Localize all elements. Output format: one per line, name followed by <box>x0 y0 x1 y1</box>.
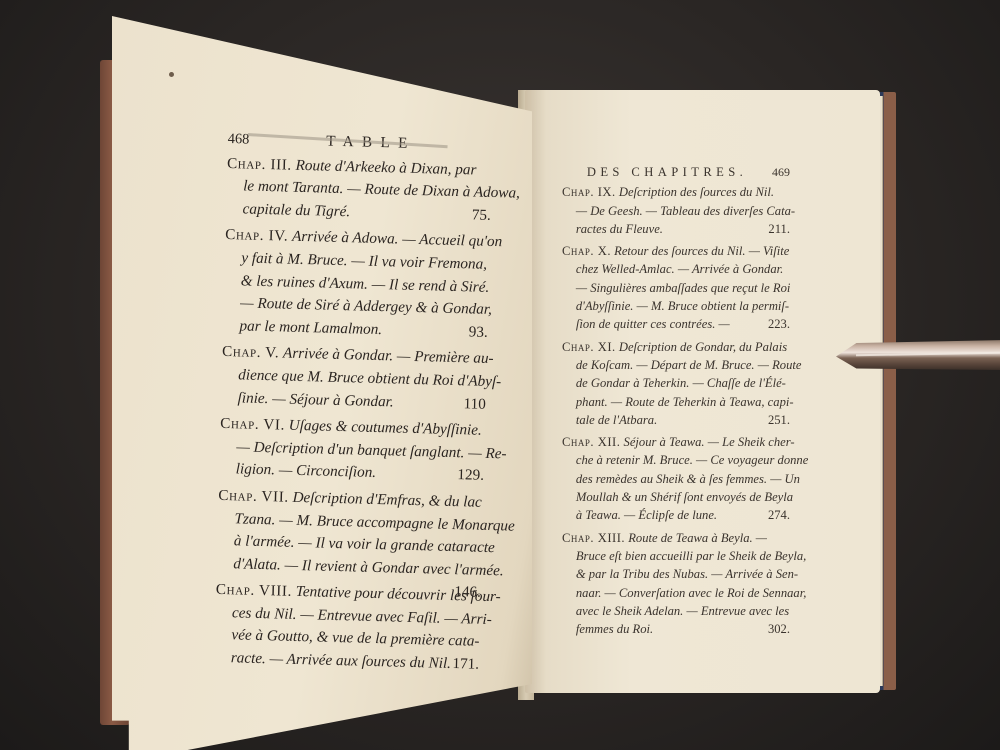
chapter-description: Deſcription des ſources du Nil. <box>619 185 774 199</box>
toc-line: che à retenir M. Bruce. — Ce voyageur do… <box>562 451 790 469</box>
toc-line: phant. — Route de Teherkin à Teawa, capi… <box>562 393 790 411</box>
chapter-description: che à retenir M. Bruce. — Ce voyageur do… <box>576 453 808 467</box>
chapter-description: chez Welled-Amlac. — Arrivée à Gondar. <box>576 262 783 276</box>
chapter-description: de Koſcam. — Départ de M. Bruce. — Route <box>576 358 802 372</box>
right-toc-entries: Chap. IX. Deſcription des ſources du Nil… <box>562 183 790 638</box>
chapter-description: & les ruines d'Axum. — Il se rend à Siré… <box>241 272 490 296</box>
toc-line: — Singulières ambaſſades que reçut le Ro… <box>562 279 790 297</box>
chapter-description: Deſcription d'Emfras, & du lac <box>292 489 482 511</box>
toc-line: avec le Sheik Adelan. — Entrevue avec le… <box>562 602 790 620</box>
chapter-description: ractes du Fleuve. <box>576 222 663 236</box>
chapter-label: Chap. III. <box>227 155 292 174</box>
chapter-description: des remèdes au Sheik & à ſes femmes. — U… <box>576 472 800 486</box>
chapter-description: Route d'Arkeeko à Dixan, par <box>295 156 476 178</box>
chapter-description: ces du Nil. — Entrevue avec Faſil. — Arr… <box>232 604 492 628</box>
left-page-text: 468 TABLE Chap. III. Route d'Arkeeko à D… <box>214 128 493 680</box>
chapter-description: & par la Tribu des Nubas. — Arrivée à Se… <box>576 567 798 581</box>
page-reference: 302. <box>768 620 790 638</box>
chapter-description: racte. — Arrivée aux ſources du Nil. <box>231 649 452 672</box>
toc-entry: Chap. XIII. Route de Teawa à Beyla. —Bru… <box>562 529 790 639</box>
chapter-description: y fait à M. Bruce. — Il va voir Fremona, <box>241 249 487 272</box>
chapter-description: Deſcription de Gondar, du Palais <box>619 340 787 354</box>
toc-line: Chap. IX. Deſcription des ſources du Nil… <box>562 183 790 201</box>
page-reference: 274. <box>768 506 790 524</box>
chapter-description: — Route de Siré à Addergey & à Gondar, <box>240 295 492 319</box>
chapter-label: Chap. IX. <box>562 185 616 199</box>
chapter-description: Arrivée à Adowa. — Accueil qu'on <box>292 228 503 250</box>
toc-entry: Chap. VIII. Tentative pour découvrir les… <box>214 579 481 676</box>
chapter-description: à l'armée. — Il va voir la grande catara… <box>234 532 495 556</box>
chapter-description: ligion. — Circonciſion. <box>236 461 377 482</box>
paper-spot <box>169 72 174 77</box>
toc-entry: Chap. VII. Deſcription d'Emfras, & du la… <box>216 485 483 582</box>
chapter-description: avec le Sheik Adelan. — Entrevue avec le… <box>576 604 789 618</box>
chapter-label: Chap. V. <box>222 343 280 361</box>
page-reference: 93. <box>468 321 488 344</box>
chapter-description: Route de Teawa à Beyla. — <box>628 531 767 545</box>
toc-line: & par la Tribu des Nubas. — Arrivée à Se… <box>562 565 790 583</box>
toc-line: — De Geesh. — Tableau des diverſes Cata- <box>562 202 790 220</box>
toc-line: ractes du Fleuve.211. <box>562 220 790 238</box>
toc-entry: Chap. XI. Deſcription de Gondar, du Pala… <box>562 338 790 429</box>
chapter-description: Séjour à Teawa. — Le Sheik cher- <box>624 435 795 449</box>
toc-line: Chap. X. Retour des ſources du Nil. — Vi… <box>562 242 790 260</box>
page-reference: 223. <box>768 315 790 333</box>
toc-line: Chap. XI. Deſcription de Gondar, du Pala… <box>562 338 790 356</box>
toc-line: de Koſcam. — Départ de M. Bruce. — Route <box>562 356 790 374</box>
running-head-title: DES CHAPITRES. <box>587 163 747 181</box>
chapter-label: Chap. XI. <box>562 340 616 354</box>
page-number-right: 469 <box>772 163 790 181</box>
chapter-label: Chap. X. <box>562 244 611 258</box>
toc-entry: Chap. III. Route d'Arkeeko à Dixan, parl… <box>226 153 493 228</box>
chapter-description: de Gondar à Teherkin. — Chaſſe de l'Élé- <box>576 376 786 390</box>
chapter-description: ſinie. — Séjour à Gondar. <box>237 389 393 410</box>
toc-line: de Gondar à Teherkin. — Chaſſe de l'Élé- <box>562 374 790 392</box>
chapter-label: Chap. VI. <box>220 415 285 434</box>
toc-entry: Chap. X. Retour des ſources du Nil. — Vi… <box>562 242 790 333</box>
chapter-description: Bruce eſt bien accueilli par le Sheik de… <box>576 549 806 563</box>
toc-line: Moullah & un Shérif ſont envoyés de Beyl… <box>562 488 790 506</box>
chapter-label: Chap. VII. <box>218 487 289 506</box>
chapter-description: par le mont Lamalmon. <box>239 317 382 338</box>
chapter-description: capitale du Tigré. <box>242 200 350 220</box>
chapter-description: Tentative pour découvrir les ſour- <box>296 583 501 605</box>
right-running-head: DES CHAPITRES. 469 <box>562 163 790 181</box>
chapter-description: Uſages & coutumes d'Abyſſinie. <box>289 417 482 439</box>
chapter-description: d'Alata. — Il revient à Gondar avec l'ar… <box>233 555 504 579</box>
toc-entry: Chap. IX. Deſcription des ſources du Nil… <box>562 183 790 238</box>
toc-line: naar. — Converſation avec le Roi de Senn… <box>562 584 790 602</box>
toc-line: Chap. XIII. Route de Teawa à Beyla. — <box>562 529 790 547</box>
chapter-description: à Teawa. — Éclipſe de lune. <box>576 508 717 522</box>
chapter-description: — De Geesh. — Tableau des diverſes Cata- <box>576 204 795 218</box>
chapter-description: — Deſcription d'un banquet ſanglant. — R… <box>236 438 507 462</box>
toc-entry: Chap. V. Arrivée à Gondar. — Première au… <box>221 341 488 416</box>
chapter-description: phant. — Route de Teherkin à Teawa, capi… <box>576 395 794 409</box>
chapter-description: vée à Goutto, & vue de la première cata- <box>231 627 479 650</box>
chapter-label: Chap. IV. <box>225 226 289 245</box>
page-reference: 75. <box>472 204 492 227</box>
toc-line: ſion de quitter ces contrées. —223. <box>562 315 790 333</box>
toc-entry: Chap. XII. Séjour à Teawa. — Le Sheik ch… <box>562 433 790 524</box>
chapter-description: — Singulières ambaſſades que reçut le Ro… <box>576 281 791 295</box>
chapter-description: Retour des ſources du Nil. — Viſite <box>614 244 789 258</box>
toc-line: Chap. XII. Séjour à Teawa. — Le Sheik ch… <box>562 433 790 451</box>
chapter-description: le mont Taranta. — Route de Dixan à Adow… <box>243 178 520 202</box>
page-reference: 110 <box>463 393 486 416</box>
page-reference: 211. <box>768 220 790 238</box>
toc-entry: Chap. IV. Arrivée à Adowa. — Accueil qu'… <box>223 224 491 344</box>
chapter-label: Chap. VIII. <box>216 581 293 600</box>
chapter-description: dience que M. Bruce obtient du Roi d'Aby… <box>238 366 501 390</box>
chapter-label: Chap. XIII. <box>562 531 625 545</box>
toc-line: à Teawa. — Éclipſe de lune.274. <box>562 506 790 524</box>
toc-line: chez Welled-Amlac. — Arrivée à Gondar. <box>562 260 790 278</box>
photo-scene: 468 TABLE Chap. III. Route d'Arkeeko à D… <box>0 0 1000 750</box>
chapter-description: d'Abyſſinie. — M. Bruce obtient la permi… <box>576 299 789 313</box>
toc-entry: Chap. VI. Uſages & coutumes d'Abyſſinie.… <box>219 413 486 488</box>
right-page-text: DES CHAPITRES. 469 Chap. IX. Deſcription… <box>562 163 790 642</box>
page-number-left: 468 <box>227 128 249 151</box>
toc-line: tale de l'Atbara.251. <box>562 411 790 429</box>
toc-line: Bruce eſt bien accueilli par le Sheik de… <box>562 547 790 565</box>
chapter-description: tale de l'Atbara. <box>576 413 657 427</box>
left-toc-entries: Chap. III. Route d'Arkeeko à Dixan, parl… <box>214 153 492 677</box>
page-reference: 129. <box>457 464 484 487</box>
chapter-description: femmes du Roi. <box>576 622 653 636</box>
chapter-label: Chap. XII. <box>562 435 620 449</box>
chapter-description: naar. — Converſation avec le Roi de Senn… <box>576 586 807 600</box>
chapter-description: Moullah & un Shérif ſont envoyés de Beyl… <box>576 490 793 504</box>
chapter-description: Arrivée à Gondar. — Première au- <box>283 345 494 368</box>
chapter-description: ſion de quitter ces contrées. — <box>576 317 730 331</box>
toc-line: femmes du Roi.302. <box>562 620 790 638</box>
page-reference: 251. <box>768 411 790 429</box>
page-reference: 171. <box>452 653 479 676</box>
toc-line: des remèdes au Sheik & à ſes femmes. — U… <box>562 470 790 488</box>
toc-line: d'Abyſſinie. — M. Bruce obtient la permi… <box>562 297 790 315</box>
